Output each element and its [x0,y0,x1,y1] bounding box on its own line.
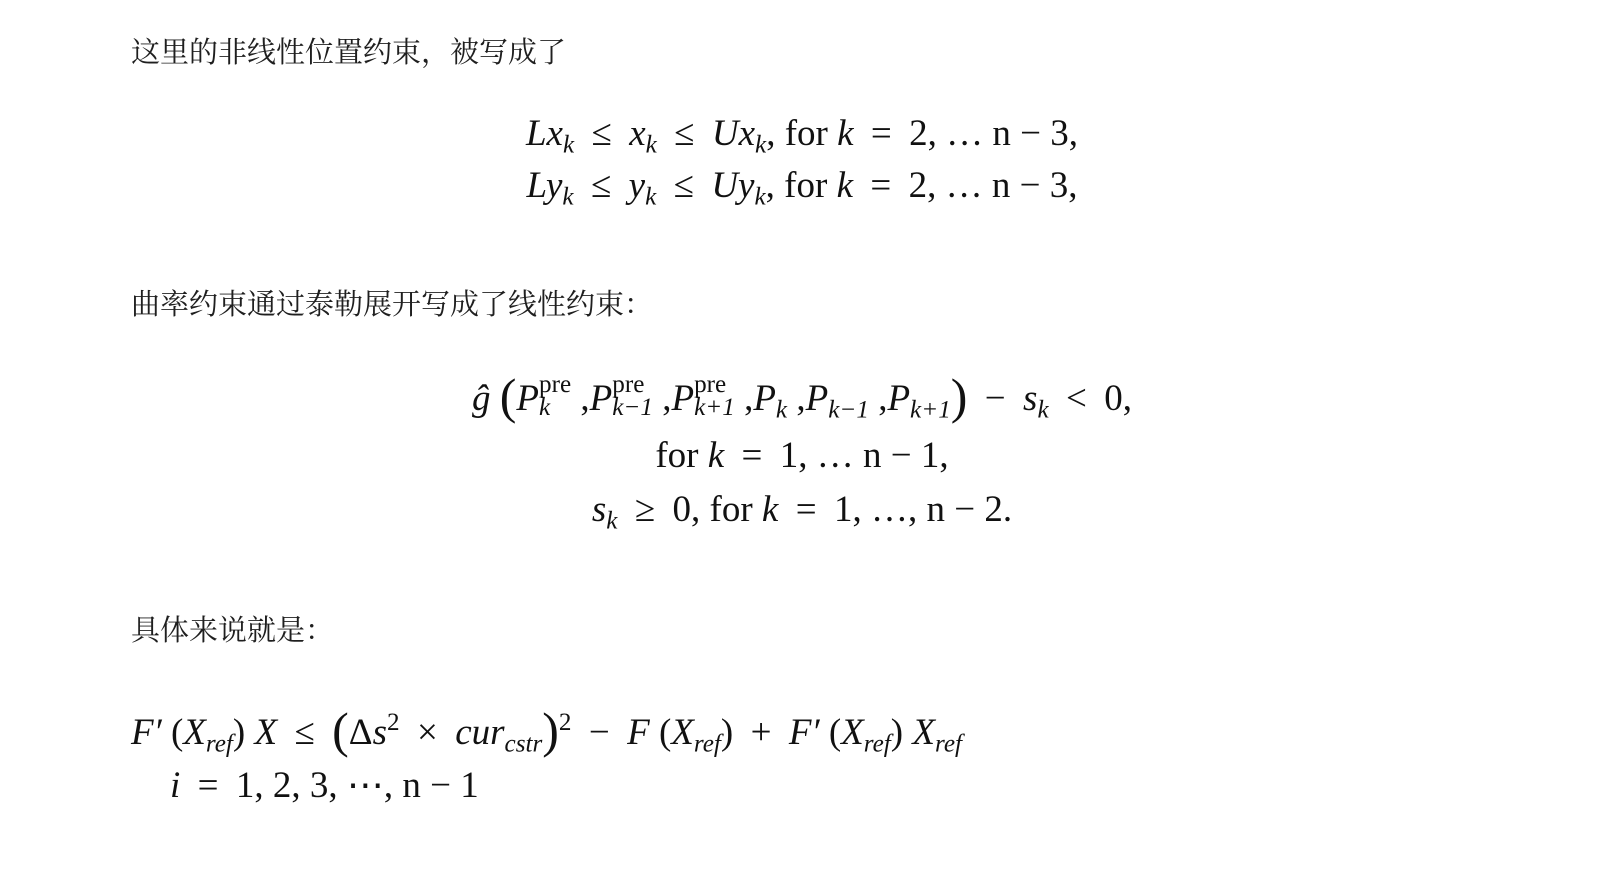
equation-taylor-line2: i = 1, 2, 3, ⋯, n − 1 [170,762,479,810]
paragraph-nonlinear-position: 这里的非线性位置约束，被写成了 [131,32,566,72]
equation-taylor-line1: F′ (Xref) X ≤ (Δs2 × curcstr)2 − F (Xref… [131,706,962,757]
equation-curvature-line2: for k = 1, … n − 1, [0,432,1604,480]
equation-position-y: Lyk ≤ yk ≤ Uyk, for k = 2, … n − 3, [0,162,1604,210]
paragraph-specifically: 具体来说就是： [131,610,334,650]
paragraph-curvature-taylor: 曲率约束通过泰勒展开写成了线性约束： [131,284,653,324]
equation-curvature-line1: ĝ (Pprek ,Pprek−1 ,Pprek+1 ,Pk ,Pk−1 ,Pk… [0,372,1604,423]
equation-curvature-line3: sk ≥ 0, for k = 1, …, n − 2. [0,486,1604,534]
equation-position-x: Lxk ≤ xk ≤ Uxk, for k = 2, … n − 3, [0,110,1604,158]
